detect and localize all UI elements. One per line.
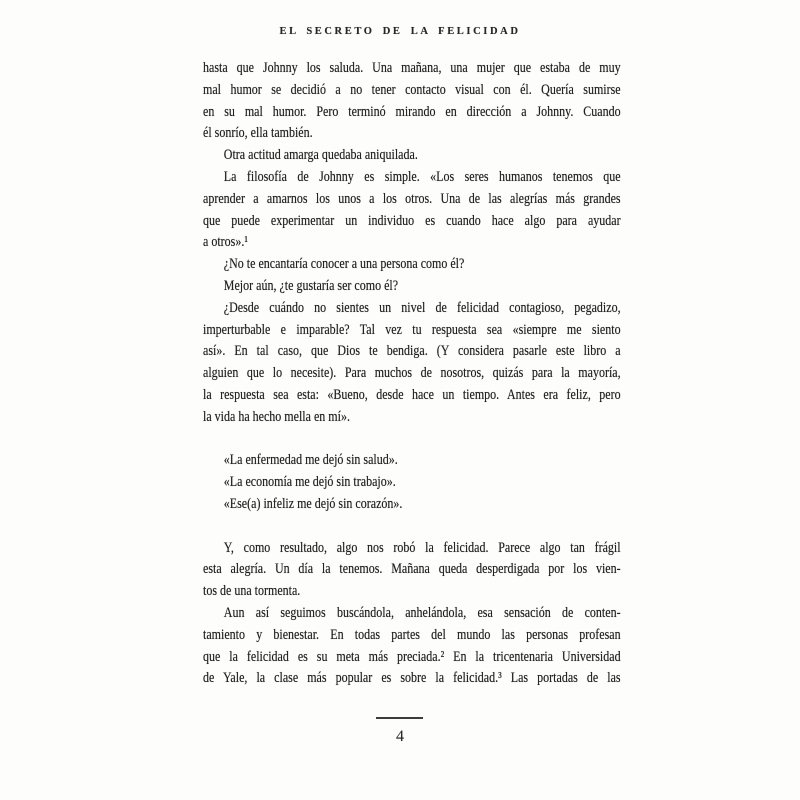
paragraph-gap: [203, 516, 725, 538]
text-line: en su mal humor. Pero terminó mirando en…: [203, 102, 621, 124]
text-line: imperturbable e imparable? Tal vez tu re…: [203, 320, 621, 342]
text-line: Otra actitud amarga quedaba aniquilada.: [203, 145, 621, 167]
text-line: él sonrío, ella también.: [203, 123, 621, 145]
text-line: La filosofía de Johnny es simple. «Los s…: [203, 167, 621, 189]
text-line: la respuesta sea esta: «Bueno, desde hac…: [203, 385, 621, 407]
text-line: mal humor se decidió a no tener contacto…: [203, 80, 621, 102]
text-line: tos de una tormenta.: [203, 581, 621, 603]
text-line: Aun así seguimos buscándola, anhelándola…: [203, 603, 621, 625]
footer-rule: [376, 717, 423, 719]
text-line: a otros».¹: [203, 232, 621, 254]
page-body-text: hasta que Johnny los saluda. Una mañana,…: [203, 58, 725, 690]
quote-line: «Ese(a) infeliz me dejó sin corazón».: [203, 494, 621, 516]
quote-line: «La economía me dejó sin trabajo».: [203, 472, 621, 494]
text-line: hasta que Johnny los saluda. Una mañana,…: [203, 58, 621, 80]
text-line: tamiento y bienestar. En todas partes de…: [203, 625, 621, 647]
text-line: esta alegría. Un día la tenemos. Mañana …: [203, 559, 621, 581]
text-line: aprender a amarnos los unos a los otros.…: [203, 189, 621, 211]
text-line: la vida ha hecho mella en mí».: [203, 407, 621, 429]
text-line: que puede experimentar un individuo es c…: [203, 211, 621, 233]
text-line: Y, como resultado, algo nos robó la feli…: [203, 538, 621, 560]
book-page: EL SECRETO DE LA FELICIDAD hasta que Joh…: [0, 0, 800, 800]
text-line: que la felicidad es su meta más preciada…: [203, 647, 621, 669]
text-line: de Yale, la clase más popular es sobre l…: [203, 668, 621, 690]
page-number: 4: [0, 727, 800, 747]
text-line: alguien que lo necesite). Para muchos de…: [203, 363, 621, 385]
text-line: ¿Desde cuándo no sientes un nivel de fel…: [203, 298, 621, 320]
text-line: Mejor aún, ¿te gustaría ser como él?: [203, 276, 621, 298]
paragraph-gap: [203, 429, 725, 451]
text-line: ¿No te encantaría conocer a una persona …: [203, 254, 621, 276]
text-line: así». En tal caso, que Dios te bendiga. …: [203, 341, 621, 363]
quote-line: «La enfermedad me dejó sin salud».: [203, 450, 621, 472]
running-header: EL SECRETO DE LA FELICIDAD: [0, 24, 800, 40]
